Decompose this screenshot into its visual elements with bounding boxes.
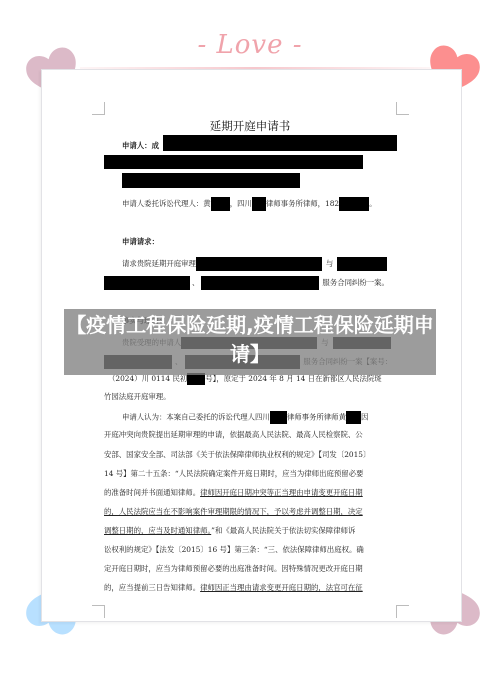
reason-7-underlined: 调整日期的，应当及时通知律师。 — [104, 526, 211, 535]
reason-line-4: 14 号】第二十五条：“人民法院确定案件开庭日期时，应当为律师出庭预留必要 — [104, 469, 363, 479]
request-sep: 、 — [192, 278, 199, 287]
reason-5-underlined: 律师因开庭日期冲突等正当理由申请变更开庭日期 — [200, 488, 363, 497]
applicant-label: 申请人：成 — [122, 141, 159, 151]
redaction-block — [270, 411, 287, 424]
reason-line-1: 申请人认为：本案自己委托的诉讼代理人四川律师事务所律师黄因 — [122, 411, 368, 424]
reason-line-5: 的准备时间并书面通知律师。律师因开庭日期冲突等正当理由申请变更开庭日期 — [104, 488, 363, 498]
redaction-block — [252, 197, 266, 211]
redaction-block — [104, 276, 190, 290]
agent-mid1: ，四川 — [230, 199, 252, 208]
agent-line: 申请人委托诉讼代理人：黄，四川律师事务所律师，182。 — [122, 197, 377, 211]
redaction-block — [163, 135, 397, 151]
margin-mark-top-left — [92, 102, 105, 115]
redaction-block — [201, 276, 319, 290]
reason-suffix: 因 — [361, 413, 368, 422]
reason-prefix: 申请人认为：本案自己委托的诉讼代理人四川 — [122, 413, 270, 422]
facts-line-4: 竹园法庭开庭审理。 — [104, 392, 171, 402]
document-title: 延期开庭申请书 — [0, 118, 500, 134]
redaction-block — [196, 257, 322, 271]
reason-7-plain: ”和《最高人民法院关于依法切实保障律师诉 — [211, 526, 355, 535]
reason-5-plain: 的准备时间并书面通知律师。 — [104, 488, 200, 497]
headline-text: 【疫情工程保险延期,疫情工程保险延期申请】 — [64, 311, 436, 369]
reason-line-8: 讼权利的规定》【法发〔2015〕16 号】第三条：“三、依法保障律师出庭权。确 — [104, 545, 364, 555]
reason-10-plain: 的，应当提前三日告知律师。 — [104, 583, 200, 592]
margin-mark-bottom-left — [92, 605, 105, 618]
redaction-block — [346, 411, 361, 424]
redaction-block — [337, 257, 387, 271]
redaction-block — [339, 197, 369, 211]
reason-mid: 律师事务所律师黄 — [287, 413, 346, 422]
facts-case-prefix: （2024）川 0114 民初 — [108, 374, 187, 383]
reason-line-6: 的，人民法院应当在不影响案件审理期限的情况下，予以考虑并调整日期，决定 — [104, 507, 363, 517]
reason-line-10: 的，应当提前三日告知律师。律师因正当理由请求变更开庭日期的，法官可在征 — [104, 583, 363, 593]
facts-case-suffix: 号】，原定于 2024 年 8 月 14 日在新都区人民法院斑 — [205, 374, 381, 383]
request-suffix: 服务合同纠纷一案。 — [322, 278, 389, 287]
reason-line-9: 定开庭日期时，应当为律师预留必要的出庭准备时间。因特殊情况更改开庭日期 — [104, 564, 363, 574]
margin-mark-top-right — [396, 102, 409, 115]
redaction-block — [122, 173, 300, 188]
agent-mid2: 律师事务所律师，182 — [266, 199, 339, 208]
margin-mark-bottom-right — [396, 605, 409, 618]
request-line-1: 请求贵院延期开庭审理与 — [122, 257, 387, 271]
request-mid: 与 — [326, 259, 333, 268]
reason-10-underlined: 律师因正当理由请求变更开庭日期的，法官可在征 — [200, 583, 363, 592]
redaction-block — [211, 197, 230, 211]
request-line-2: 、服务合同纠纷一案。 — [104, 276, 389, 290]
reason-line-2: 开庭冲突向贵院提出延期审理的申请，依据最高人民法院、最高人民检察院、公 — [104, 430, 363, 440]
request-prefix: 请求贵院延期开庭审理 — [122, 259, 196, 268]
reason-line-7: 调整日期的，应当及时通知律师。”和《最高人民法院关于依法切实保障律师诉 — [104, 526, 355, 536]
agent-suffix: 。 — [369, 199, 376, 208]
applicant-label-text: 申请人：成 — [122, 141, 159, 150]
reason-line-3: 安部、国家安全部、司法部《关于依法保障律师执业权利的规定》【司发〔2015〕 — [104, 450, 370, 460]
request-heading: 申请请求： — [122, 237, 159, 247]
agent-prefix: 申请人委托诉讼代理人：黄 — [122, 199, 211, 208]
redaction-block — [104, 155, 363, 169]
